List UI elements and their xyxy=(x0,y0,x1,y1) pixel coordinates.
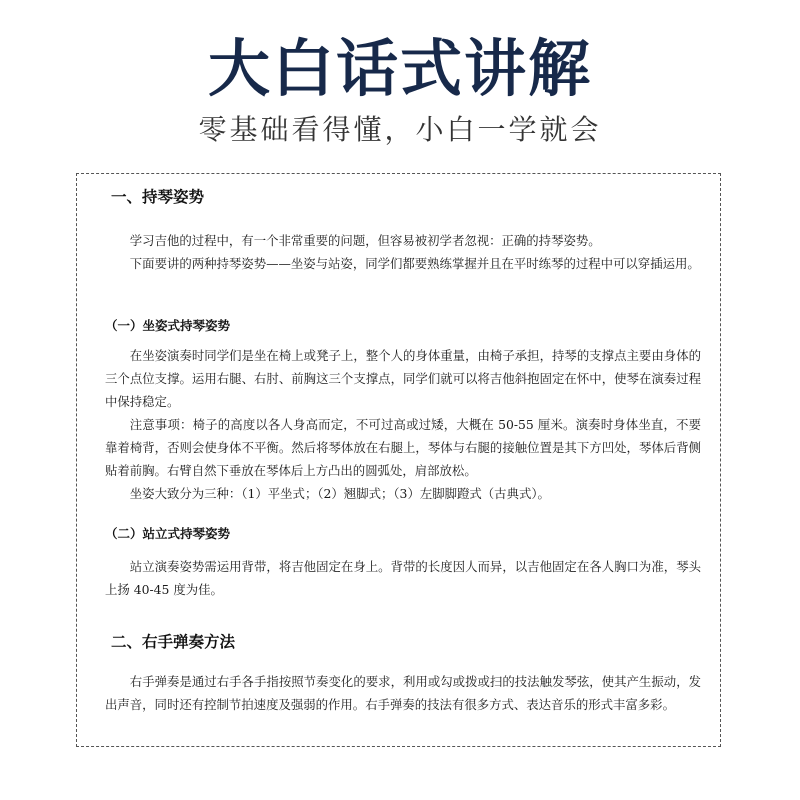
document-excerpt-box: 一、持琴姿势 学习吉他的过程中，有一个非常重要的问题，但容易被初学者忽视：正确的… xyxy=(76,173,721,747)
paragraph: 坐姿大致分为三种：（1）平坐式；（2）翘脚式；（3）左脚脚蹬式（古典式）。 xyxy=(105,482,701,505)
paragraph: 注意事项：椅子的高度以各人身高而定，不可过高或过矮，大概在 50-55 厘米。演… xyxy=(105,413,701,482)
paragraph: 右手弹奏是通过右手各手指按照节奏变化的要求，利用或勾或拨或扫的技法触发琴弦，使其… xyxy=(105,670,701,716)
paragraph: 学习吉他的过程中，有一个非常重要的问题，但容易被初学者忽视：正确的持琴姿势。 xyxy=(105,229,701,252)
paragraph: 站立演奏姿势需运用背带，将吉他固定在身上。背带的长度因人而异，以吉他固定在各人胸… xyxy=(105,555,701,601)
subsection-heading-sitting: （一）坐姿式持琴姿势 xyxy=(105,317,230,335)
paragraph: 下面要讲的两种持琴姿势——坐姿与站姿，同学们都要熟练掌握并且在平时练琴的过程中可… xyxy=(105,252,701,275)
page-title: 大白话式讲解 xyxy=(0,34,800,104)
section-heading-holding-posture: 一、持琴姿势 xyxy=(111,187,204,207)
paragraph: 在坐姿演奏时同学们是坐在椅上或凳子上，整个人的身体重量，由椅子承担，持琴的支撑点… xyxy=(105,344,701,413)
section-heading-right-hand: 二、右手弹奏方法 xyxy=(111,632,235,652)
subsection-heading-standing: （二）站立式持琴姿势 xyxy=(105,525,230,543)
page-subtitle: 零基础看得懂，小白一学就会 xyxy=(0,112,800,148)
